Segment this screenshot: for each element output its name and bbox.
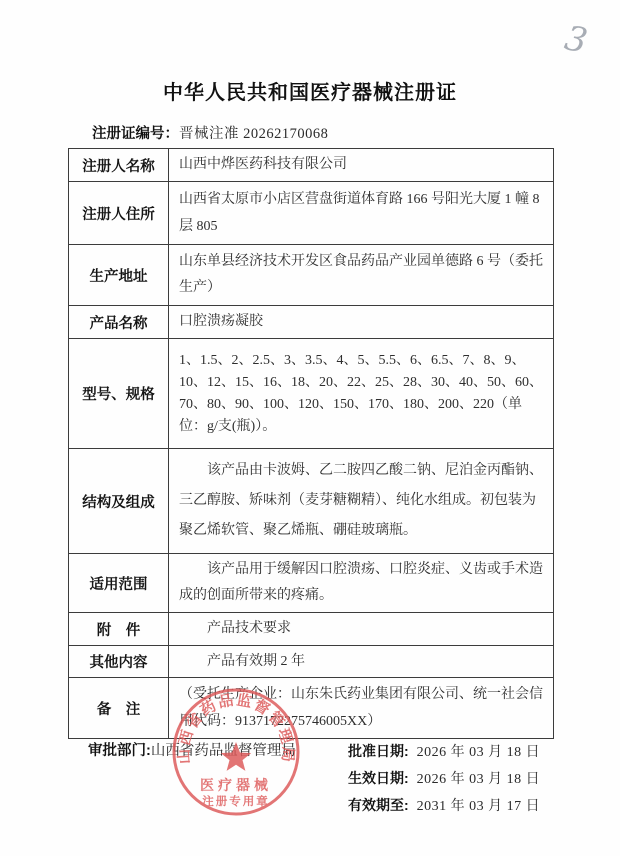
- cert-number-label: 注册证编号：: [92, 126, 179, 142]
- row-label: 型号、规格: [69, 339, 169, 448]
- table-row: 附 件 产品技术要求: [69, 613, 553, 646]
- cert-number-value: 晋械注准 20262170068: [179, 126, 328, 142]
- stamp-line2: 注册专用章: [202, 794, 270, 808]
- table-row: 生产地址 山东单县经济技术开发区食品药品产业园单德路 6 号（委托生产）: [69, 245, 553, 306]
- approval-date-label: 批准日期:: [348, 743, 409, 759]
- date-block: 批准日期:2026 年 03 月 18 日 生效日期:2026 年 03 月 1…: [348, 738, 540, 819]
- effective-date-value: 2026 年 03 月 18 日: [417, 772, 541, 787]
- row-value: 山东单县经济技术开发区食品药品产业园单德路 6 号（委托生产）: [169, 245, 553, 305]
- table-row: 注册人名称 山西中烨医药科技有限公司: [69, 149, 553, 182]
- table-row: 注册人住所 山西省太原市小店区营盘街道体育路 166 号阳光大厦 1 幢 8 层…: [69, 182, 553, 245]
- effective-date-line: 生效日期:2026 年 03 月 18 日: [348, 765, 540, 792]
- expiry-date-line: 有效期至:2031 年 03 月 17 日: [348, 792, 540, 819]
- handwritten-pencil-mark: 3: [547, 10, 605, 71]
- row-label: 注册人住所: [69, 182, 169, 244]
- row-value: 该产品由卡波姆、乙二胺四乙酸二钠、尼泊金丙酯钠、三乙醇胺、矫味剂（麦芽糖糊精）、…: [169, 449, 553, 553]
- row-label: 附 件: [69, 613, 169, 645]
- approval-department-label: 审批部门:: [88, 743, 151, 759]
- effective-date-label: 生效日期:: [348, 770, 409, 786]
- table-row: 产品名称 口腔溃疡凝胶: [69, 306, 553, 339]
- table-row: 型号、规格 1、1.5、2、2.5、3、3.5、4、5、5.5、6、6.5、7、…: [69, 339, 553, 449]
- stamp-star-icon: [221, 742, 251, 771]
- row-label: 适用范围: [69, 554, 169, 612]
- expiry-date-label: 有效期至:: [348, 797, 409, 813]
- page-title: 中华人民共和国医疗器械注册证: [0, 76, 620, 105]
- row-value: 1、1.5、2、2.5、3、3.5、4、5、5.5、6、6.5、7、8、9、10…: [169, 339, 553, 448]
- certificate-page: 3 中华人民共和国医疗器械注册证 注册证编号：晋械注准 20262170068 …: [0, 0, 620, 856]
- cert-number-line: 注册证编号：晋械注准 20262170068: [92, 122, 328, 143]
- stamp-line1: 医疗器械: [200, 777, 272, 793]
- official-seal-stamp: 山西省药品监督管理局 医疗器械 注册专用章: [154, 670, 318, 834]
- row-label: 生产地址: [69, 245, 169, 305]
- row-label: 产品名称: [69, 306, 169, 338]
- approval-date-line: 批准日期:2026 年 03 月 18 日: [348, 738, 540, 765]
- row-value: 口腔溃疡凝胶: [169, 306, 553, 338]
- approval-date-value: 2026 年 03 月 18 日: [417, 745, 541, 760]
- row-value: 该产品用于缓解因口腔溃疡、口腔炎症、义齿或手术造成的创面所带来的疼痛。: [169, 554, 553, 612]
- expiry-date-value: 2031 年 03 月 17 日: [417, 799, 541, 814]
- row-value: 山西省太原市小店区营盘街道体育路 166 号阳光大厦 1 幢 8 层 805: [169, 182, 553, 244]
- certificate-table: 注册人名称 山西中烨医药科技有限公司 注册人住所 山西省太原市小店区营盘街道体育…: [68, 148, 554, 739]
- table-row: 适用范围 该产品用于缓解因口腔溃疡、口腔炎症、义齿或手术造成的创面所带来的疼痛。: [69, 554, 553, 613]
- row-value: 产品技术要求: [169, 613, 553, 645]
- row-label: 注册人名称: [69, 149, 169, 181]
- row-value: 山西中烨医药科技有限公司: [169, 149, 553, 181]
- table-row: 结构及组成 该产品由卡波姆、乙二胺四乙酸二钠、尼泊金丙酯钠、三乙醇胺、矫味剂（麦…: [69, 449, 553, 554]
- row-label: 结构及组成: [69, 449, 169, 553]
